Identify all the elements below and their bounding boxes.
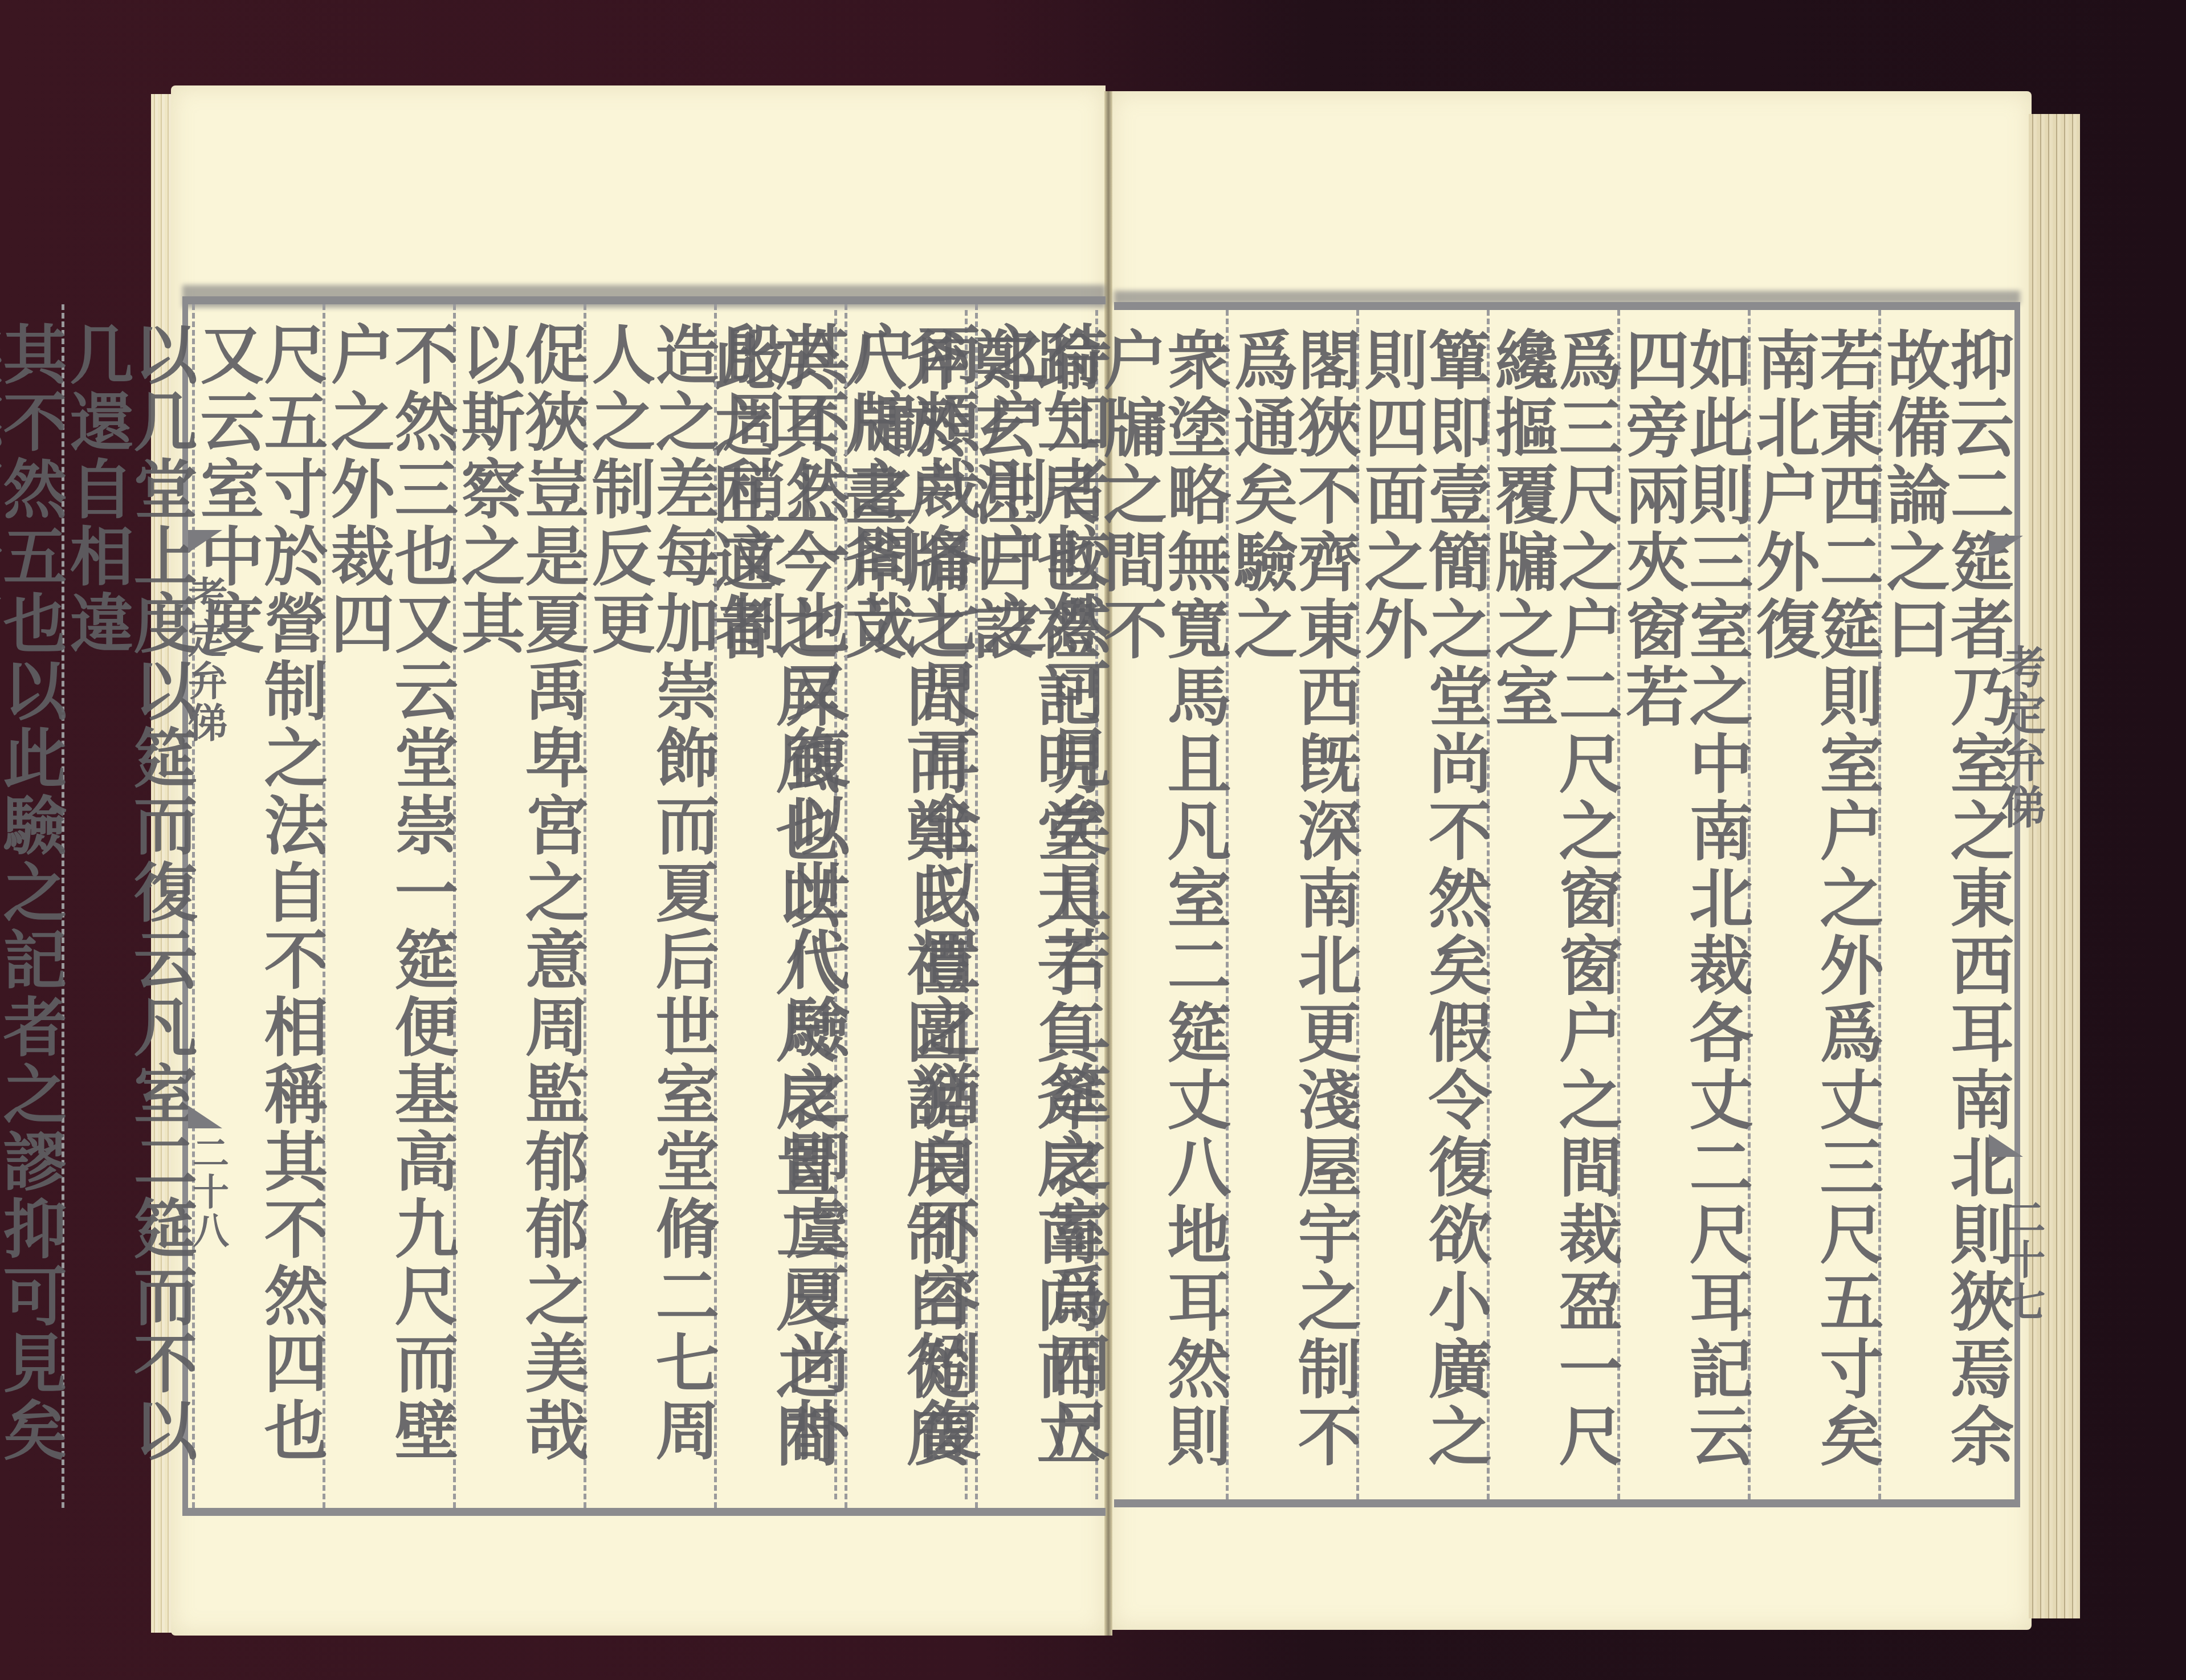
column-text: 不然三也又云堂崇一筵便基高九尺而壁户之外裁四 bbox=[325, 321, 453, 1508]
banxin-title-left: 考定弁俤 bbox=[177, 576, 234, 744]
text-column: 其不然一也又復以世代驗之即虞夏尚朴殷周稍文制 bbox=[714, 304, 845, 1508]
text-column: 尺五寸於營制之法自不相稱其不然四也又云室中度 bbox=[192, 304, 323, 1508]
text-column: 若東西二筵則室户之外爲丈三尺五寸矣南北户外復 bbox=[1748, 310, 1878, 1499]
column-text: 促狹豈是夏禹卑宮之意周監郁郁之美哉以斯察之其 bbox=[456, 321, 584, 1508]
text-column: 待知者較然可見矣且若二筵之室爲四尺之户則户之 bbox=[975, 304, 1106, 1508]
column-text: 其不然五也以此驗之記者之謬抑可見矣盛德篇云明 bbox=[0, 321, 62, 1508]
text-column: 不然三也又云堂崇一筵便基高九尺而壁户之外裁四 bbox=[323, 304, 453, 1508]
column-text: 簞即壹簡之堂尚不然矣假令復欲小廣之則四面之外 bbox=[1359, 327, 1487, 1499]
text-column: 爲三尺之户二尺之窗窗户之間裁盈一尺纔摳覆牖之室 bbox=[1487, 310, 1617, 1499]
right-page-edge bbox=[2029, 114, 2080, 1618]
column-text: 爲三尺之户二尺之窗窗户之間裁盈一尺纔摳覆牖之室 bbox=[1490, 327, 1617, 1499]
text-column: 促狹豈是夏禹卑宮之意周監郁郁之美哉以斯察之其 bbox=[453, 304, 584, 1508]
text-column: 造之差每加崇飾而夏后世室堂脩二七周人之制反更 bbox=[584, 304, 714, 1508]
column-text: 兩頰裁各七尺耳全以置之猶自不容矧復户牖之間哉 bbox=[847, 321, 975, 1508]
column-text: 抑云二筵者乃室之東西耳南北則狹焉余故備論之曰 bbox=[1881, 327, 2009, 1499]
column-text: 尺五寸於營制之法自不相稱其不然四也又云室中度 bbox=[195, 321, 323, 1508]
column-text: 若東西二筵則室户之外爲丈三尺五寸矣南北户外復 bbox=[1751, 327, 1878, 1499]
text-column: 抑云二筵者乃室之東西耳南北則狹焉余故備論之曰 bbox=[1878, 310, 2009, 1499]
right-text-frame: 抑云二筵者乃室之東西耳南北則狹焉余故備論之曰 若東西二筵則室户之外爲丈三尺五寸矣… bbox=[1114, 302, 2020, 1507]
banxin-page-number-right: 二十七 bbox=[1995, 1197, 2052, 1323]
left-text-frame: 待知者較然可見矣且若二筵之室爲四尺之户則户之 兩頰裁各七尺耳全以置之猶自不容矧復… bbox=[182, 296, 1106, 1516]
column-text: 閣狹不齊東西旣深南北更淺屋宇之制不爲通矣驗之 bbox=[1229, 327, 1356, 1499]
banxin-title-right: 考定弁俤 bbox=[1995, 644, 2052, 831]
column-text: 造之差每加崇飾而夏后世室堂脩二七周人之制反更 bbox=[586, 321, 714, 1508]
column-text: 待知者較然可見矣且若二筵之室爲四尺之户則户之 bbox=[978, 321, 1106, 1508]
banxin-page-number-left: 二十八 bbox=[177, 1134, 234, 1250]
text-column: 閣狹不齊東西旣深南北更淺屋宇之制不爲通矣驗之 bbox=[1226, 310, 1356, 1499]
text-column: 以几堂上度以筵而復云凡室二筵而不以几還自相違 bbox=[62, 304, 192, 1508]
column-text: 衆塗略無寬馬且凡室二筵丈八地耳然則户牖之間不 bbox=[1098, 327, 1226, 1499]
text-column: 其不然五也以此驗之記者之謬抑可見矣盛德篇云明 bbox=[0, 304, 62, 1508]
column-text: 其不然一也又復以世代驗之即虞夏尚朴殷周稍文制 bbox=[717, 321, 845, 1508]
text-column: 如此則三室之中南北裁各丈二尺耳記云四旁兩夾窗若 bbox=[1617, 310, 1748, 1499]
text-column: 衆塗略無寬馬且凡室二筵丈八地耳然則户牖之間不 bbox=[1095, 310, 1226, 1499]
column-text: 以几堂上度以筵而復云凡室二筵而不以几還自相違 bbox=[64, 321, 192, 1508]
text-column: 兩頰裁各七尺耳全以置之猶自不容矧復户牖之間哉 bbox=[845, 304, 975, 1508]
text-column: 簞即壹簡之堂尚不然矣假令復欲小廣之則四面之外 bbox=[1356, 310, 1487, 1499]
column-text: 如此則三室之中南北裁各丈二尺耳記云四旁兩夾窗若 bbox=[1620, 327, 1748, 1499]
